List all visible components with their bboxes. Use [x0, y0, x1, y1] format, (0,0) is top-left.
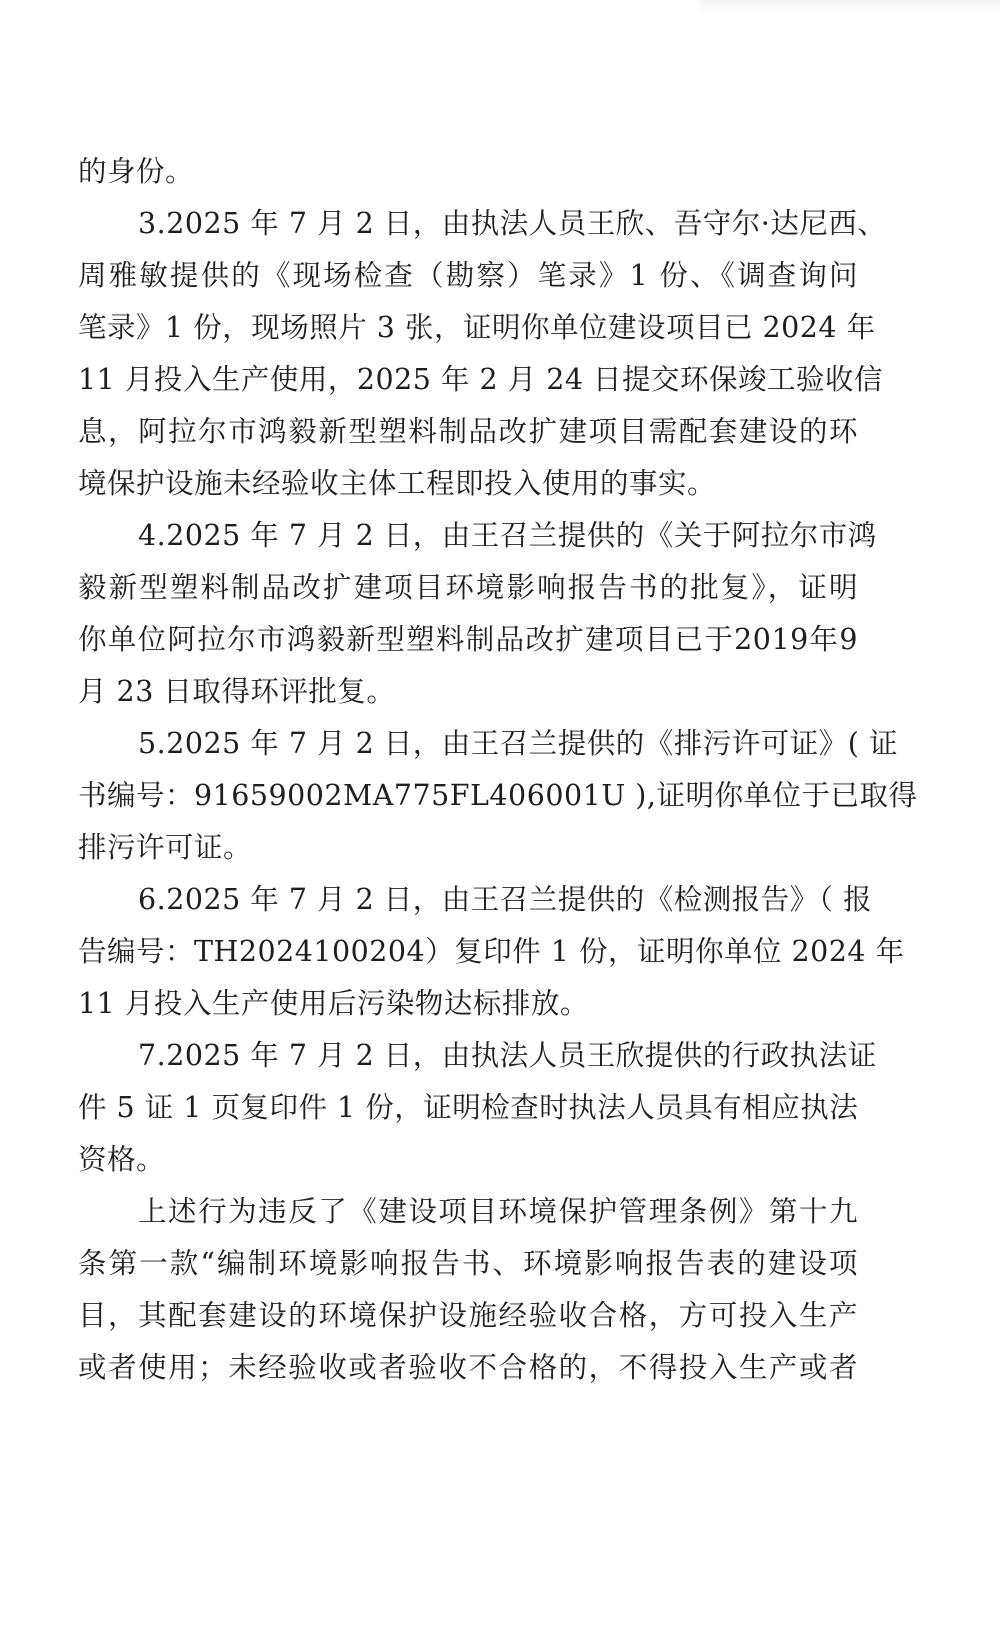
text-line: 排污许可证。: [78, 822, 858, 874]
text-line: 11 月投入生产使用后污染物达标排放。: [78, 978, 858, 1030]
text-line: 的身份。: [78, 146, 858, 198]
text-line: 你单位阿拉尔市鸿毅新型塑料制品改扩建项目已于2019年9: [78, 614, 858, 666]
text-line: 条第一款“编制环境影响报告书、环境影响报告表的建设项: [78, 1238, 858, 1290]
text-line: 资格。: [78, 1134, 858, 1186]
text-line: 月 23 日取得环评批复。: [78, 666, 858, 718]
text-line: 或者使用；未经验收或者验收不合格的，不得投入生产或者: [78, 1342, 858, 1394]
text-line: 目，其配套建设的环境保护设施经验收合格，方可投入生产: [78, 1290, 858, 1342]
text-line: 息，阿拉尔市鸿毅新型塑料制品改扩建项目需配套建设的环: [78, 406, 858, 458]
text-line-violation: 上述行为违反了《建设项目环境保护管理条例》第十九: [78, 1186, 858, 1238]
scan-edge-shadow: [700, 0, 1000, 14]
text-line-evidence-7: 7.2025 年 7 月 2 日，由执法人员王欣提供的行政执法证: [78, 1030, 858, 1082]
text-line: 11 月投入生产使用，2025 年 2 月 24 日提交环保竣工验收信: [78, 354, 858, 406]
text-line-evidence-6: 6.2025 年 7 月 2 日，由王召兰提供的《检测报告》（ 报: [78, 874, 858, 926]
text-line-evidence-4: 4.2025 年 7 月 2 日，由王召兰提供的《关于阿拉尔市鸿: [78, 510, 858, 562]
document-page: 的身份。 3.2025 年 7 月 2 日，由执法人员王欣、吾守尔·达尼西、 周…: [78, 146, 858, 1394]
text-line: 周雅敏提供的《现场检查（勘察）笔录》1 份、《调查询问: [78, 250, 858, 302]
text-line: 告编号：TH2024100204）复印件 1 份，证明你单位 2024 年: [78, 926, 858, 978]
text-line-evidence-3: 3.2025 年 7 月 2 日，由执法人员王欣、吾守尔·达尼西、: [78, 198, 858, 250]
text-line: 书编号：91659002MA775FL406001U ),证明你单位于已取得: [78, 770, 858, 822]
text-line: 件 5 证 1 页复印件 1 份，证明检查时执法人员具有相应执法: [78, 1082, 858, 1134]
text-line-evidence-5: 5.2025 年 7 月 2 日，由王召兰提供的《排污许可证》( 证: [78, 718, 858, 770]
text-line: 笔录》1 份，现场照片 3 张，证明你单位建设项目已 2024 年: [78, 302, 858, 354]
text-line: 境保护设施未经验收主体工程即投入使用的事实。: [78, 458, 858, 510]
text-line: 毅新型塑料制品改扩建项目环境影响报告书的批复》，证明: [78, 562, 858, 614]
